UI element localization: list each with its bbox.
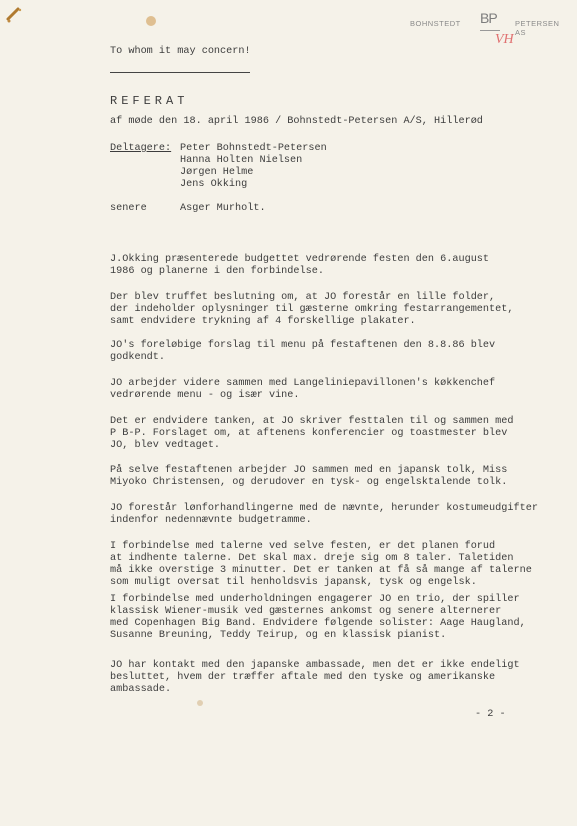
salutation-rule [110, 72, 250, 73]
paragraph-line: besluttet, hvem der træffer aftale med d… [110, 672, 495, 684]
paper-stain [146, 16, 156, 26]
document-title: REFERAT [110, 95, 188, 107]
participants-label: Deltagere: [110, 143, 171, 155]
paragraph-line: J.Okking præsenterede budgettet vedrøren… [110, 254, 489, 266]
paragraph-line: må ikke overstige 3 minutter. Det er tan… [110, 565, 532, 577]
paragraph-line: der indeholder oplysninger til gæsterne … [110, 304, 514, 316]
paragraph-line: samt endvidere trykning af 4 forskellige… [110, 316, 416, 328]
paragraph-line: indenfor nedennævnte budgetramme. [110, 515, 312, 527]
paragraph-line: Miyoko Christensen, og derudover en tysk… [110, 477, 507, 489]
paragraph-line: I forbindelse med underholdningen engage… [110, 594, 520, 606]
paper-stain [197, 700, 203, 706]
letterhead-left: BOHNSTEDT [410, 19, 461, 28]
paragraph-line: JO's foreløbige forslag til menu på fest… [110, 340, 495, 352]
paragraph-line: JO forestår lønforhandlingerne med de næ… [110, 503, 538, 515]
handwritten-initials: VH [495, 32, 514, 48]
participant: Hanna Holten Nielsen [180, 155, 302, 167]
participant: Jørgen Helme [180, 167, 253, 179]
paragraph-line: P B-P. Forslaget om, at aftenens konfere… [110, 428, 507, 440]
logo-rule [480, 30, 500, 31]
paragraph-line: 1986 og planerne i den forbindelse. [110, 266, 324, 278]
letterhead: BOHNSTEDT BP PETERSEN AS [410, 10, 570, 40]
paragraph-line: Susanne Breuning, Teddy Teirup, og en kl… [110, 630, 446, 642]
paragraph-line: Der blev truffet beslutning om, at JO fo… [110, 292, 495, 304]
letterhead-right: PETERSEN AS [515, 19, 570, 37]
later-label: senere [110, 203, 147, 215]
paragraph-line: klassisk Wiener-musik ved gæsternes anko… [110, 606, 501, 618]
participant: Peter Bohnstedt-Petersen [180, 143, 327, 155]
bp-logo-icon: BP [480, 10, 497, 26]
paragraph-line: Det er endvidere tanken, at JO skriver f… [110, 416, 514, 428]
salutation: To whom it may concern! [110, 46, 251, 58]
paragraph-line: På selve festaftenen arbejder JO sammen … [110, 465, 507, 477]
paragraph-line: at indhente talerne. Det skal max. dreje… [110, 553, 514, 565]
ink-mark-icon [5, 5, 23, 23]
paragraph-line: JO har kontakt med den japanske ambassad… [110, 660, 520, 672]
paragraph-line: med Copenhagen Big Band. Endvidere følge… [110, 618, 526, 630]
document-subtitle: af møde den 18. april 1986 / Bohnstedt-P… [110, 116, 483, 128]
paragraph-line: ambassade. [110, 684, 171, 696]
paragraph-line: vedrørende menu - og især vine. [110, 390, 300, 402]
page-number: - 2 - [475, 709, 506, 721]
paragraph-line: som muligt oversat til henholdsvis japan… [110, 577, 477, 589]
participant: Jens Okking [180, 179, 247, 191]
paragraph-line: godkendt. [110, 352, 165, 364]
paragraph-line: JO, blev vedtaget. [110, 440, 220, 452]
document-page: BOHNSTEDT BP PETERSEN AS VH To whom it m… [0, 0, 577, 826]
paragraph-line: JO arbejder videre sammen med Langelinie… [110, 378, 495, 390]
later-participant: Asger Murholt. [180, 203, 266, 215]
paragraph-line: I forbindelse med talerne ved selve fest… [110, 541, 495, 553]
